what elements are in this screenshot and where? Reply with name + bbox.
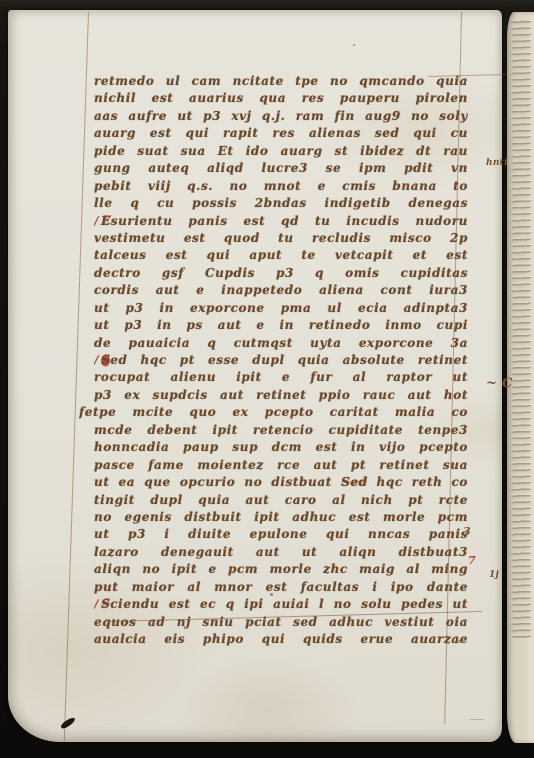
manuscript-line: aualcia eis phipo qui quids erue auarzae — [94, 631, 468, 648]
manuscript-line: ∕Sciendu est ec q ipi auiai l no solu pe… — [94, 596, 468, 613]
manuscript-line: p3 ex supdcis aut retinet ppio rauc aut … — [94, 387, 468, 404]
adjacent-page-edge — [507, 12, 534, 743]
manuscript-line: ∕Sed hqc pt esse dupl quia absolute reti… — [94, 352, 468, 369]
manuscript-line: equos ad nj sniu pciat sed adhuc vestiut… — [94, 614, 468, 631]
rubric-mark: ∕ — [94, 353, 99, 367]
manuscript-line: aas aufre ut p3 xvj q.j. ram fin aug9 no… — [94, 108, 468, 125]
manuscript-line: retmedo ul cam ncitate tpe no qmcando qu… — [94, 73, 468, 90]
manuscript-line: talceus est qui aput te vetcapit et est — [94, 247, 468, 264]
manuscript-line: vestimetu est quod tu recludis misco 2p — [94, 230, 468, 247]
manuscript-line: rocupat alienu ipit e fur al raptor ut — [94, 369, 468, 386]
manuscript-line: cordis aut e inappetedo aliena cont iura… — [94, 282, 468, 299]
ruling-line-left — [64, 12, 89, 742]
manuscript-line: pide suat sua Et ido auarg st ibidez dt … — [94, 143, 468, 160]
manuscript-page: retmedo ul cam ncitate tpe no qmcando qu… — [8, 10, 502, 742]
manuscript-line: lle q cu possis 2bndas indigetib denegas — [94, 195, 468, 212]
ink-speck — [270, 593, 273, 596]
manuscript-line: aliqn no ipit e pcm morle zhc maig al mi… — [94, 561, 468, 578]
manuscript-line: no egenis distbuit ipit adhuc est morle … — [94, 509, 468, 526]
manuscript-line: gung auteq aliqd lucre3 se ipm pdit vn — [94, 160, 468, 177]
rubric-mark: ∕ — [94, 214, 99, 228]
ink-blot — [60, 716, 77, 730]
manuscript-line: put maior al mnor est facultas i ipo dan… — [94, 579, 468, 596]
manuscript-line: dectro gsf Cupdis p3 q omis cupiditas — [94, 265, 468, 282]
manuscript-line: honncadia paup sup dcm est in vijo pcept… — [94, 439, 468, 456]
manuscript-line: de pauaicia q cutmqst uyta exporcone 3a — [94, 335, 468, 352]
manuscript-line: fetpe mcite quo ex pcepto caritat malia … — [79, 404, 468, 421]
manuscript-line: nichil est auarius qua res pauperu pirol… — [94, 90, 468, 107]
manuscript-line: ut p3 i diuite epulone qui nncas panis — [94, 526, 468, 543]
manuscript-photo: retmedo ul cam ncitate tpe no qmcando qu… — [0, 0, 534, 758]
manuscript-line: auarg est qui rapit res alienas sed qui … — [94, 125, 468, 142]
ink-speck — [457, 640, 461, 643]
manuscript-line: ut ea que opcurio no distbuat Sed hqc re… — [94, 474, 468, 491]
manuscript-line: pebit viij q.s. no mnot e cmis bnana to — [94, 178, 468, 195]
manuscript-line: ∕Esurientu panis est qd tu incudis nudor… — [94, 213, 468, 230]
manuscript-line: lazaro denegauit aut ut aliqn distbuat3 — [94, 544, 468, 561]
adjacent-page-text — [510, 20, 532, 638]
ruling-line-tick — [470, 719, 484, 720]
manuscript-line: ut p3 in exporcone pma ul ecia adinpta3 — [94, 300, 468, 317]
rubric-mark: ∕ — [94, 597, 99, 611]
text-block: retmedo ul cam ncitate tpe no qmcando qu… — [94, 73, 468, 648]
manuscript-line: pasce fame moientez rce aut pt retinet s… — [94, 457, 468, 474]
manuscript-line: ut p3 in ps aut e in retinedo inmo cupi — [94, 317, 468, 334]
manuscript-line: tingit dupl quia aut caro al nich pt rct… — [94, 492, 468, 509]
manuscript-line: mcde debent ipit retencio cupiditate ten… — [94, 422, 468, 439]
ink-speck — [353, 44, 355, 46]
